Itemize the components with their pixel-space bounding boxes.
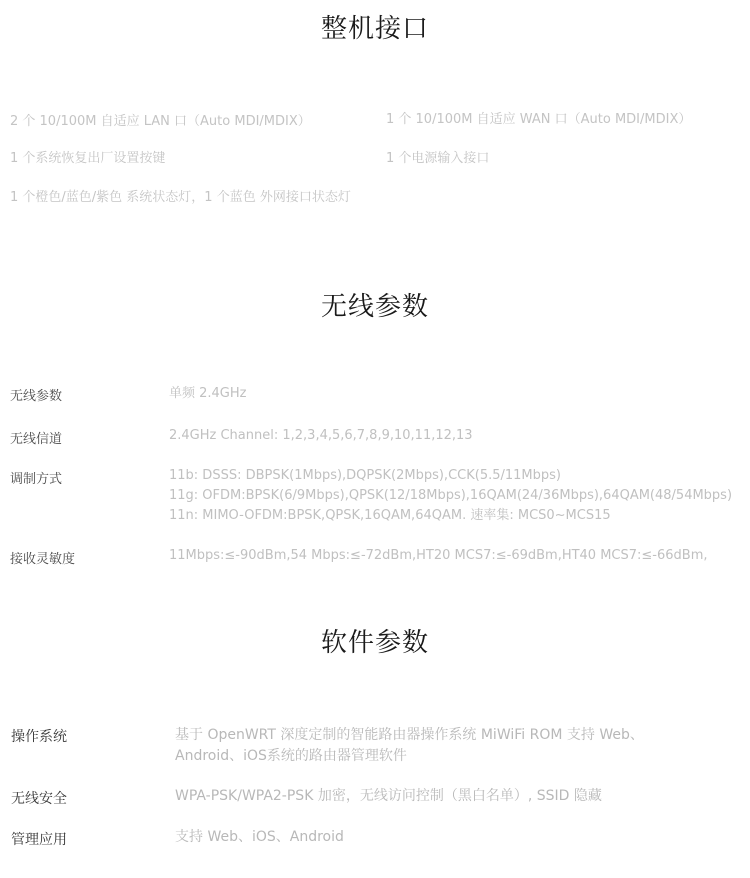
- value-line: Android、iOS系统的路由器管理软件: [175, 746, 644, 767]
- wireless-value-modulation: 11b: DSSS: DBPSK(1Mbps),DQPSK(2Mbps),CCK…: [169, 466, 732, 526]
- software-value-management: 支持 Web、iOS、Android: [175, 827, 344, 848]
- value-line: WPA-PSK/WPA2-PSK 加密，无线访问控制（黑白名单）, SSID 隐…: [175, 786, 602, 807]
- value-line-11n: 11n: MIMO-OFDM:BPSK,QPSK,16QAM,64QAM. 速率…: [169, 506, 732, 526]
- software-label-security: 无线安全: [11, 788, 67, 808]
- value-line: 单频 2.4GHz: [169, 384, 246, 404]
- value-line: 2.4GHz Channel: 1,2,3,4,5,6,7,8,9,10,11,…: [169, 426, 473, 446]
- software-value-security: WPA-PSK/WPA2-PSK 加密，无线访问控制（黑白名单）, SSID 隐…: [175, 786, 602, 807]
- port-item-leds: 1 个橙色/蓝色/紫色 系统状态灯，1 个蓝色 外网接口状态灯: [10, 186, 351, 205]
- port-item-reset: 1 个系统恢复出厂设置按键: [10, 147, 165, 166]
- port-item-power: 1 个电源输入接口: [386, 147, 489, 166]
- wireless-value-channel: 2.4GHz Channel: 1,2,3,4,5,6,7,8,9,10,11,…: [169, 426, 473, 446]
- value-line-11b: 11b: DSSS: DBPSK(1Mbps),DQPSK(2Mbps),CCK…: [169, 466, 732, 486]
- value-line: 11Mbps:≤-90dBm,54 Mbps:≤-72dBm,HT20 MCS7…: [169, 546, 708, 566]
- wireless-label-sensitivity: 接收灵敏度: [10, 548, 75, 567]
- port-item-wan: 1 个 10/100M 自适应 WAN 口（Auto MDI/MDIX）: [386, 108, 691, 127]
- value-line: 基于 OpenWRT 深度定制的智能路由器操作系统 MiWiFi ROM 支持 …: [175, 725, 644, 746]
- wireless-value-band: 单频 2.4GHz: [169, 384, 246, 404]
- software-value-os: 基于 OpenWRT 深度定制的智能路由器操作系统 MiWiFi ROM 支持 …: [175, 725, 644, 767]
- wireless-label-modulation: 调制方式: [10, 468, 62, 487]
- value-line: 支持 Web、iOS、Android: [175, 827, 344, 848]
- section-title-ports: 整机接口: [0, 8, 750, 45]
- software-label-management: 管理应用: [11, 829, 67, 849]
- section-title-software: 软件参数: [0, 622, 750, 659]
- software-label-os: 操作系统: [11, 726, 67, 746]
- port-item-lan: 2 个 10/100M 自适应 LAN 口（Auto MDI/MDIX）: [10, 110, 311, 129]
- value-line-11g: 11g: OFDM:BPSK(6/9Mbps),QPSK(12/18Mbps),…: [169, 486, 732, 506]
- section-title-wireless: 无线参数: [0, 286, 750, 323]
- wireless-value-sensitivity: 11Mbps:≤-90dBm,54 Mbps:≤-72dBm,HT20 MCS7…: [169, 546, 708, 566]
- wireless-label-channel: 无线信道: [10, 428, 62, 447]
- wireless-label-band: 无线参数: [10, 385, 62, 404]
